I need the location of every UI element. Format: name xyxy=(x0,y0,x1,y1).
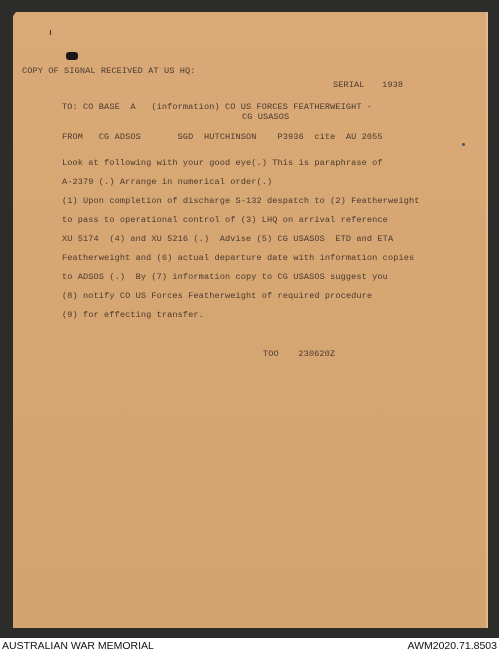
serial-number: 1938 xyxy=(382,80,403,90)
to-line-continued: CG USASOS xyxy=(242,112,289,122)
body-line-6: Featherweight and (6) actual departure d… xyxy=(62,253,414,263)
serial-label: SERIAL xyxy=(333,80,365,90)
signal-document-page: COPY OF SIGNAL RECEIVED AT US HQ: SERIAL… xyxy=(13,12,488,628)
archive-frame: COPY OF SIGNAL RECEIVED AT US HQ: SERIAL… xyxy=(0,0,499,638)
body-line-5: XU 5174 (4) and XU 5216 (.) Advise (5) C… xyxy=(62,234,393,244)
ink-blot xyxy=(66,52,78,60)
body-line-2: A-2379 (.) Arrange in numerical order(.) xyxy=(62,177,272,187)
pencil-mark xyxy=(50,30,51,35)
body-line-1: Look at following with your good eye(.) … xyxy=(62,158,383,168)
time-of-origin: TOO 230620Z xyxy=(263,343,335,361)
body-line-4: to pass to operational control of (3) LH… xyxy=(62,215,388,225)
body-line-7: to ADSOS (.) By (7) information copy to … xyxy=(62,272,388,282)
institution-credit: AUSTRALIAN WAR MEMORIAL xyxy=(2,640,154,652)
too-label: TOO xyxy=(263,349,279,359)
to-line: TO: CO BASE A (information) CO US FORCES… xyxy=(62,102,372,112)
signal-heading: COPY OF SIGNAL RECEIVED AT US HQ: xyxy=(22,66,195,76)
body-line-8: (8) notify CO US Forces Featherweight of… xyxy=(62,291,372,301)
from-line: FROM CG ADSOS SGD HUTCHINSON P3936 cite … xyxy=(62,132,383,142)
serial: SERIAL 1938 xyxy=(333,74,403,92)
body-line-9: (9) for effecting transfer. xyxy=(62,310,204,320)
body-line-3: (1) Upon completion of discharge S-132 d… xyxy=(62,196,419,206)
accession-number: AWM2020.71.8503 xyxy=(407,640,497,652)
too-value: 230620Z xyxy=(298,349,335,359)
hole-dot xyxy=(462,143,465,146)
